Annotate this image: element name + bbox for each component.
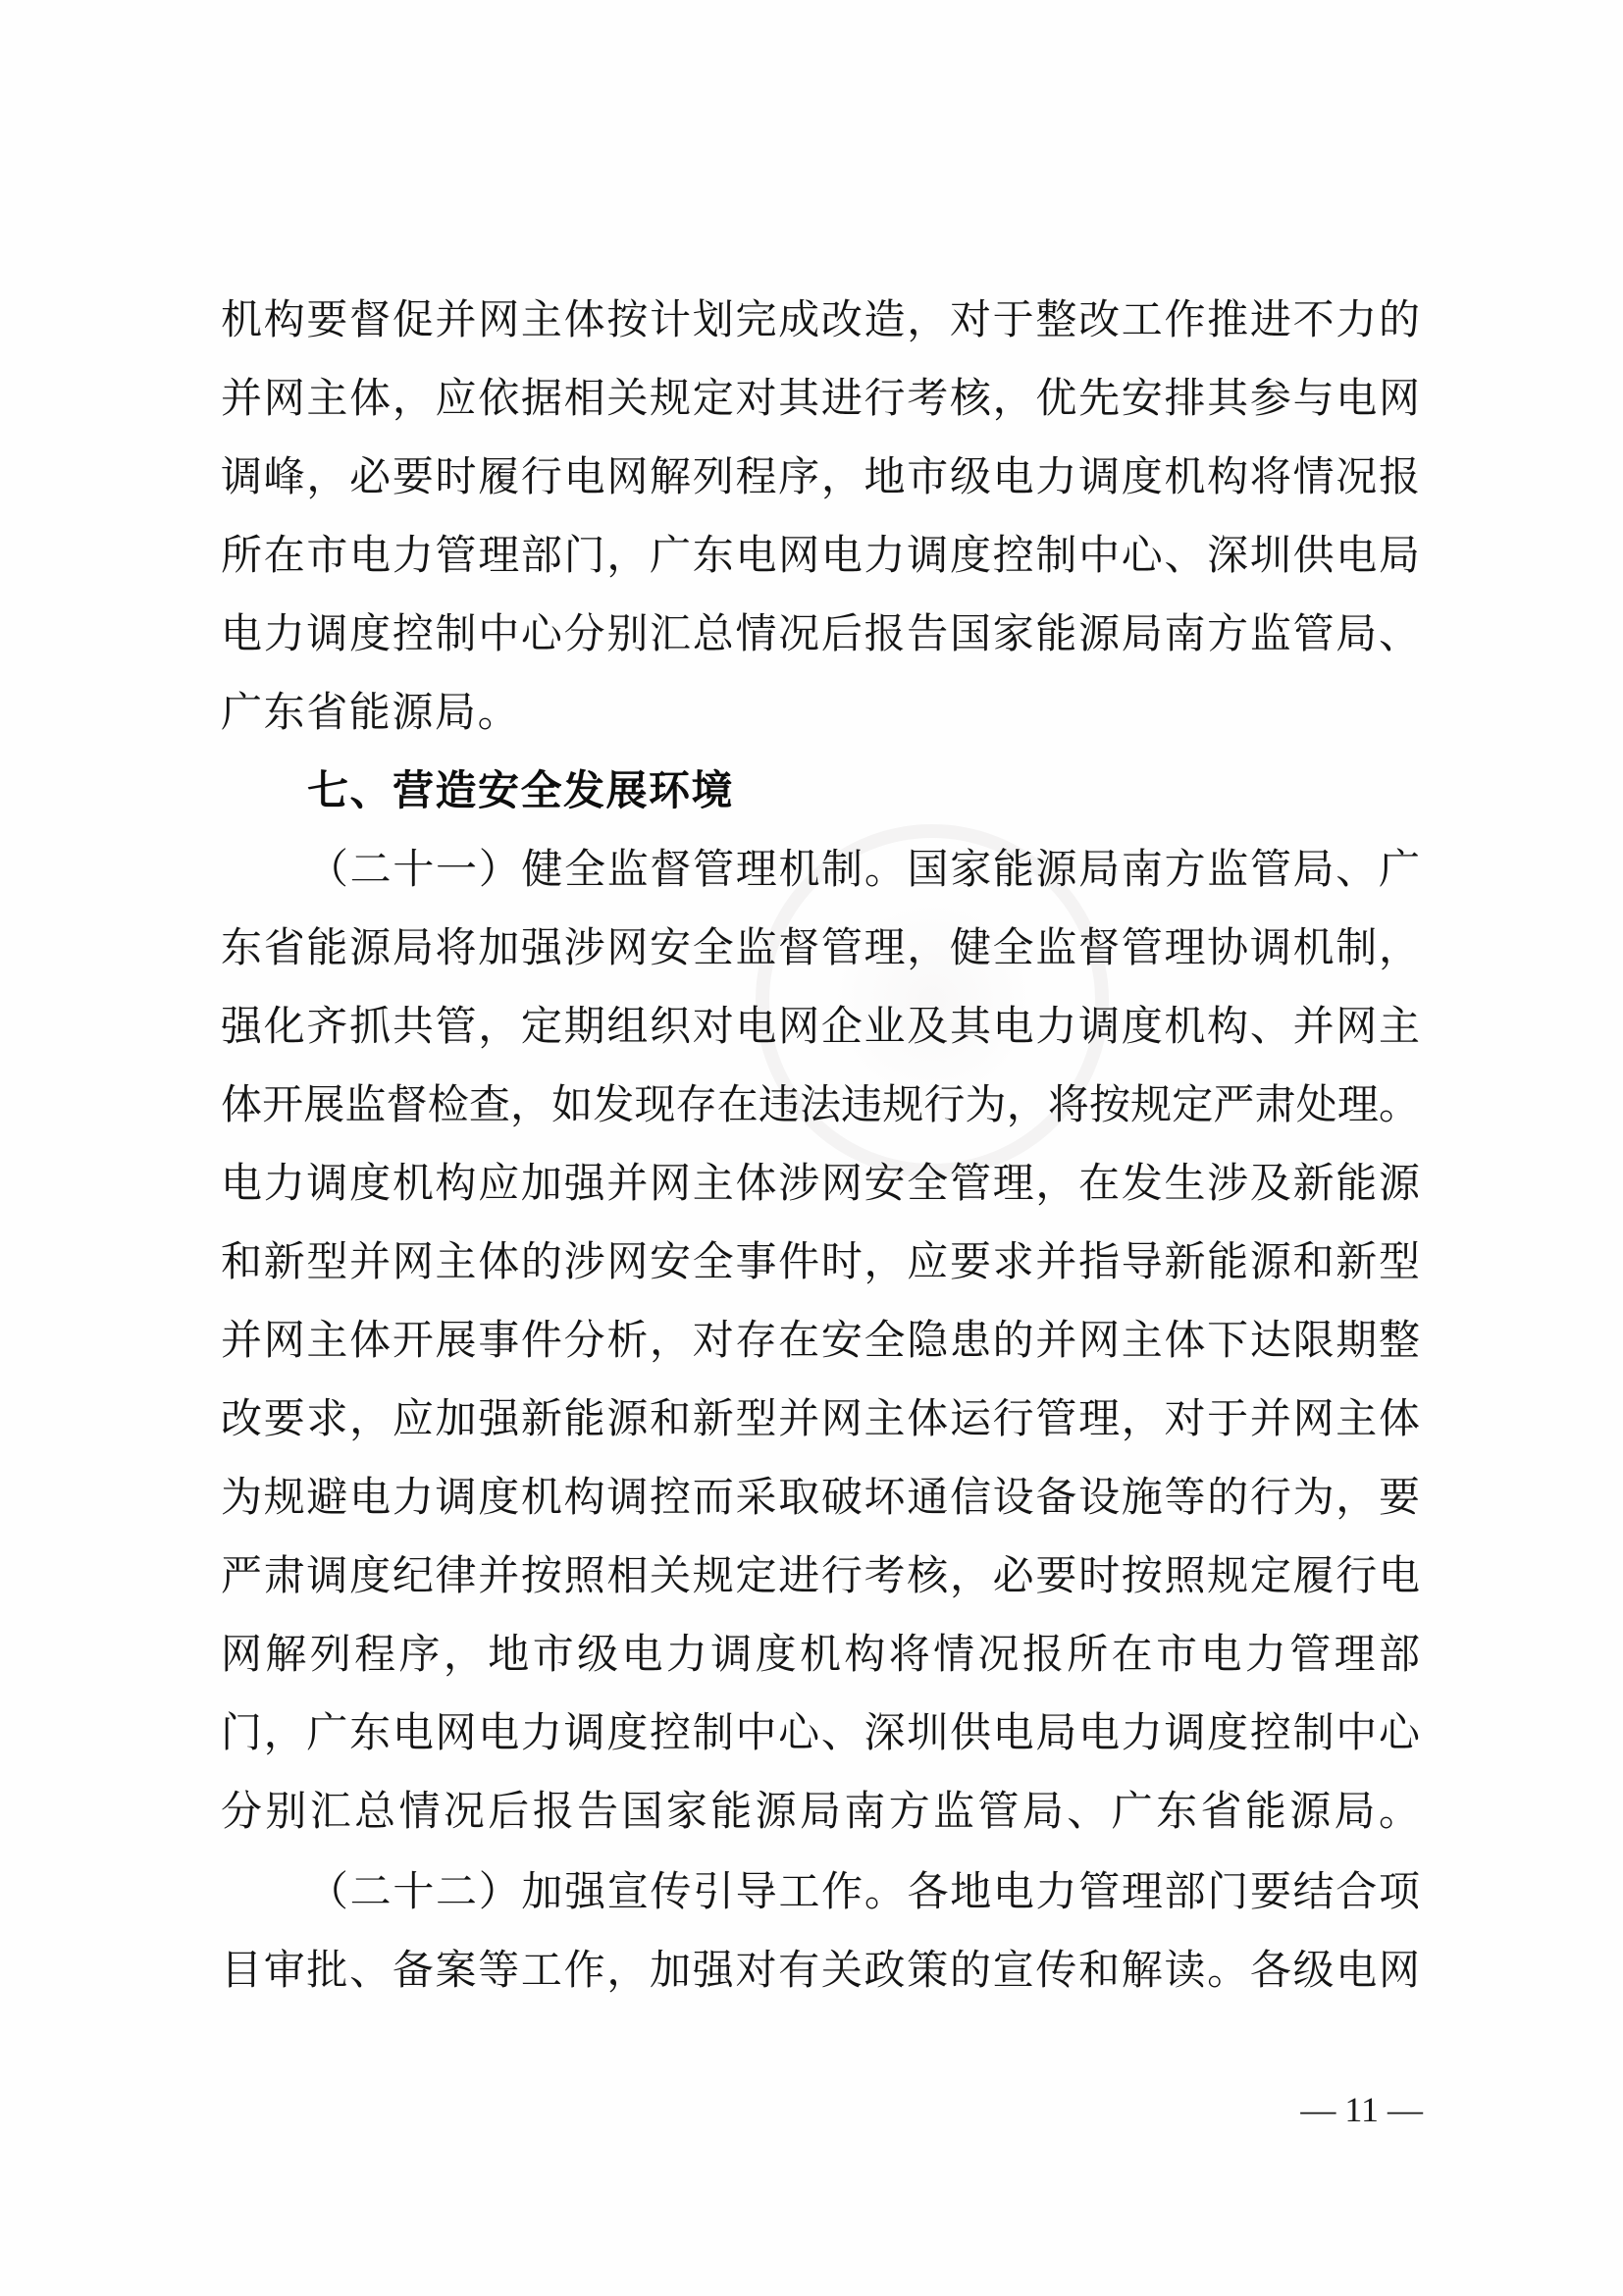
text-line: 电力调度控制中心分别汇总情况后报告国家能源局南方监管局、 bbox=[221, 612, 1420, 655]
text-line: 为规避电力调度机构调控而采取破坏通信设备设施等的行为，要 bbox=[221, 1476, 1420, 1519]
text-line: 严肃调度纪律并按照相关规定进行考核，必要时按照规定履行电 bbox=[221, 1554, 1420, 1597]
document-page: 机构要督促并网主体按计划完成改造，对于整改工作推进不力的 并网主体，应依据相关规… bbox=[0, 0, 1623, 2296]
page-number: — 11 — bbox=[1266, 2090, 1423, 2129]
text-line: 改要求，应加强新能源和新型并网主体运行管理，对于并网主体 bbox=[221, 1397, 1420, 1440]
text-line: 广东省能源局。 bbox=[221, 691, 1420, 734]
text-line: 体开展监督检查，如发现存在违法违规行为，将按规定严肃处理。 bbox=[221, 1083, 1420, 1126]
text-line: 目审批、备案等工作，加强对有关政策的宣传和解读。各级电网 bbox=[221, 1949, 1420, 1992]
text-line: （二十二）加强宣传引导工作。各地电力管理部门要结合项 bbox=[307, 1870, 1420, 1913]
text-line: （二十一）健全监督管理机制。国家能源局南方监管局、广 bbox=[307, 848, 1420, 891]
text-line: 并网主体开展事件分析，对存在安全隐患的并网主体下达限期整 bbox=[221, 1319, 1420, 1362]
text-line: 机构要督促并网主体按计划完成改造，对于整改工作推进不力的 bbox=[221, 298, 1420, 341]
section-heading: 七、营造安全发展环境 bbox=[307, 769, 734, 812]
text-line: 所在市电力管理部门，广东电网电力调度控制中心、深圳供电局 bbox=[221, 534, 1420, 577]
text-line: 门，广东电网电力调度控制中心、深圳供电局电力调度控制中心 bbox=[221, 1711, 1420, 1754]
text-line: 和新型并网主体的涉网安全事件时，应要求并指导新能源和新型 bbox=[221, 1240, 1420, 1283]
text-line: 东省能源局将加强涉网安全监督管理，健全监督管理协调机制， bbox=[221, 926, 1420, 969]
text-line: 电力调度机构应加强并网主体涉网安全管理，在发生涉及新能源 bbox=[221, 1162, 1420, 1205]
text-line: 分别汇总情况后报告国家能源局南方监管局、广东省能源局。 bbox=[221, 1790, 1420, 1833]
text-line: 强化齐抓共管，定期组织对电网企业及其电力调度机构、并网主 bbox=[221, 1005, 1420, 1048]
text-line: 网解列程序，地市级电力调度机构将情况报所在市电力管理部 bbox=[221, 1633, 1420, 1676]
text-line: 调峰，必要时履行电网解列程序，地市级电力调度机构将情况报 bbox=[221, 455, 1420, 498]
text-line: 并网主体，应依据相关规定对其进行考核，优先安排其参与电网 bbox=[221, 377, 1420, 420]
